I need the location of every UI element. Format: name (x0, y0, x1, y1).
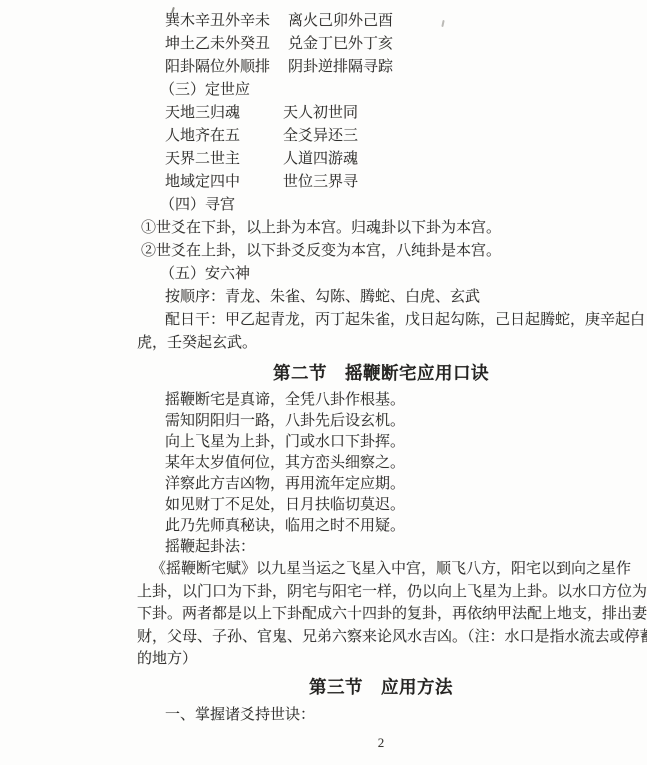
document-page: 巽木辛丑外辛未离火己卯外己酉 坤土乙未外癸丑兑金丁巳外丁亥 阳卦隔位外顺排阴卦逆… (0, 0, 647, 765)
couplet-left: 天界二世主 (165, 148, 283, 171)
couplet-left: 人地齐在五 (165, 125, 283, 148)
text-line: 天地三归魂天人初世同 (137, 102, 625, 125)
paragraph-line: 下卦。两者都是以上下卦配成六十四卦的复卦，再依纳甲法配上地支，排出妻 (137, 603, 625, 626)
text-line: 地域定四中世位三界寻 (137, 171, 625, 194)
text-line: 坤土乙未外癸丑兑金丁巳外丁亥 (137, 33, 625, 56)
poem-line: 摇鞭断宅是真谛，全凭八卦作根基。 (137, 390, 625, 411)
page-number: 2 (137, 735, 625, 751)
paragraph-line: 的地方） (137, 648, 625, 671)
couplet-left: 巽木辛丑外辛未 (165, 10, 288, 33)
couplet-right: 天人初世同 (283, 105, 358, 121)
text-line: 虎，壬癸起玄武。 (137, 332, 625, 355)
note-line: ①世爻在下卦，以上卦为本宫。归魂卦以下卦为本宫。 (137, 217, 625, 240)
poem-line: 洋察此方吉凶物，再用流年定应期。 (137, 474, 625, 495)
couplet-left: 阳卦隔位外顺排 (165, 56, 288, 79)
couplet-right: 离火己卯外己酉 (288, 13, 393, 29)
text-line: 配日干：甲乙起青龙，丙丁起朱雀，戊日起勾陈，己日起腾蛇，庚辛起白 (137, 309, 625, 332)
couplet-right: 世位三界寻 (283, 174, 358, 190)
section2-heading: 第二节 摇鞭断宅应用口诀 (137, 361, 625, 386)
couplet-right: 人道四游魂 (283, 151, 358, 167)
text-line: 按顺序：青龙、朱雀、勾陈、腾蛇、白虎、玄武 (137, 286, 625, 309)
couplet-left: 天地三归魂 (165, 102, 283, 125)
poem-line: 摇鞭起卦法： (137, 537, 625, 558)
text-line: 巽木辛丑外辛未离火己卯外己酉 (137, 10, 625, 33)
text-line: 人地齐在五全爻异还三 (137, 125, 625, 148)
couplet-left: 地域定四中 (165, 171, 283, 194)
text-line: 阳卦隔位外顺排阴卦逆排隔寻踪 (137, 56, 625, 79)
content-column: 巽木辛丑外辛未离火己卯外己酉 坤土乙未外癸丑兑金丁巳外丁亥 阳卦隔位外顺排阴卦逆… (137, 10, 625, 751)
sub-heading-item3: （三）定世应 (137, 79, 625, 102)
poem-line: 需知阴阳归一路，八卦先后设玄机。 (137, 411, 625, 432)
paragraph-line: 《摇鞭断宅赋》以九星当运之飞星入中宫，顺飞八方，阳宅以到向之星作 (137, 558, 625, 581)
text-line: 天界二世主人道四游魂 (137, 148, 625, 171)
list-item-one: 一、掌握诸爻持世诀： (137, 704, 625, 727)
poem-line: 如见财丁不足处，日月扶临切莫迟。 (137, 495, 625, 516)
couplet-right: 兑金丁巳外丁亥 (288, 36, 393, 52)
paragraph-line: 上卦，以门口为下卦，阴宅与阳宅一样，仍以向上飞星为上卦。以水口方位为 (137, 581, 625, 604)
section3-heading: 第三节 应用方法 (137, 675, 625, 700)
poem-line: 某年太岁值何位，其方峦头细察之。 (137, 453, 625, 474)
couplet-right: 全爻异还三 (283, 128, 358, 144)
poem-line: 此乃先师真秘诀，临用之时不用疑。 (137, 516, 625, 537)
couplet-right: 阴卦逆排隔寻踪 (288, 59, 393, 75)
note-line: ②世爻在上卦，以下卦爻反变为本宫，八纯卦是本宫。 (137, 240, 625, 263)
sub-heading-item4: （四）寻宫 (137, 194, 625, 217)
couplet-left: 坤土乙未外癸丑 (165, 33, 288, 56)
sub-heading-item5: （五）安六神 (137, 263, 625, 286)
paragraph-line: 财，父母、子孙、官鬼、兄弟六察来论风水吉凶。（注：水口是指水流去或停蓄 (137, 626, 625, 649)
poem-line: 向上飞星为上卦，门或水口下卦挥。 (137, 432, 625, 453)
